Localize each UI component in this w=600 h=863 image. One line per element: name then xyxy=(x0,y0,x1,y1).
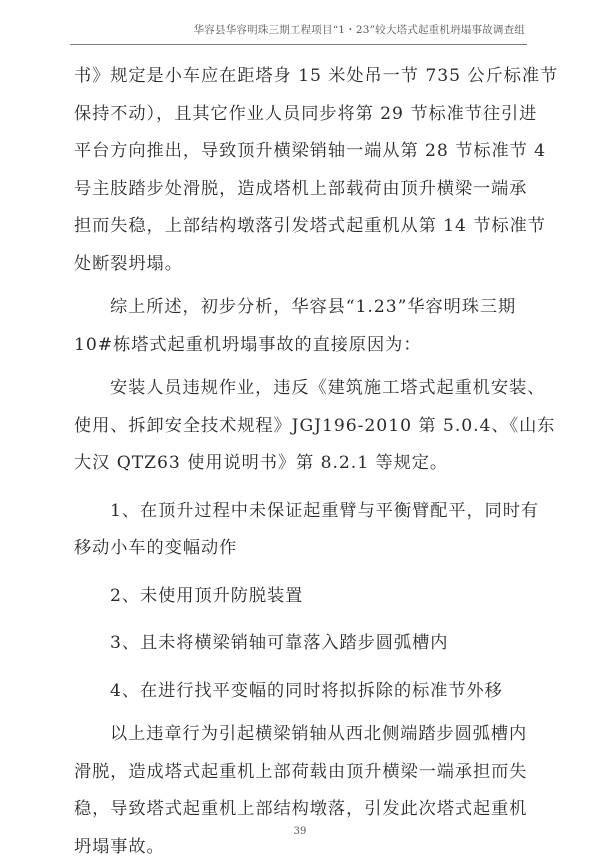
text-line: 以上违章行为引起横梁销轴从西北侧端踏步圆弧槽内 xyxy=(74,720,528,758)
text-line: 书》规定是小车应在距塔身 15 米处吊一节 735 公斤标准节 xyxy=(74,62,528,100)
text-line: 安装人员违规作业，违反《建筑施工塔式起重机安装、 xyxy=(74,374,528,412)
text-line: 处断裂坍塌。 xyxy=(74,250,528,288)
list-item: 1、在顶升过程中未保证起重臂与平衡臂配平，同时有 移动小车的变幅动作 xyxy=(74,497,528,572)
document-body: 书》规定是小车应在距塔身 15 米处吊一节 735 公斤标准节 保持不动），且其… xyxy=(74,62,528,863)
page-number: 39 xyxy=(0,826,600,837)
text-line: 10#栋塔式起重机坍塌事故的直接原因为： xyxy=(74,331,528,369)
text-line: 滑脱，造成塔式起重机上部荷载由顶升横梁一端承担而失 xyxy=(74,758,528,796)
list-item: 2、未使用顶升防脱装置 xyxy=(74,582,528,620)
text-line: 移动小车的变幅动作 xyxy=(74,534,528,572)
text-line: 2、未使用顶升防脱装置 xyxy=(74,582,528,620)
running-header: 华容县华容明珠三期工程项目“1・23”较大塔式起重机坍塌事故调查组 xyxy=(70,21,527,45)
text-line: 4、在进行找平变幅的同时将拟拆除的标准节外移 xyxy=(74,677,528,715)
text-line: 3、且未将横梁销轴可靠落入踏步圆弧槽内 xyxy=(74,629,528,667)
paragraph: 综上所述，初步分析，华容县“1.23”华容明珠三期 10#栋塔式起重机坍塌事故的… xyxy=(74,293,528,368)
list-item: 3、且未将横梁销轴可靠落入踏步圆弧槽内 xyxy=(74,629,528,667)
paragraph: 书》规定是小车应在距塔身 15 米处吊一节 735 公斤标准节 保持不动），且其… xyxy=(74,62,528,287)
paragraph: 安装人员违规作业，违反《建筑施工塔式起重机安装、 使用、拆卸安全技术规程》JGJ… xyxy=(74,374,528,487)
text-line: 保持不动），且其它作业人员同步将第 29 节标准节往引进 xyxy=(74,100,528,138)
text-line: 号主肢踏步处滑脱，造成塔机上部载荷由顶升横梁一端承 xyxy=(74,175,528,213)
text-line: 使用、拆卸安全技术规程》JGJ196-2010 第 5.0.4、《山东 xyxy=(74,412,528,450)
text-line: 大汉 QTZ63 使用说明书》第 8.2.1 等规定。 xyxy=(74,449,528,487)
text-line: 担而失稳，上部结构墩落引发塔式起重机从第 14 节标准节 xyxy=(74,212,528,250)
text-line: 坍塌事故。 xyxy=(74,833,528,863)
list-item: 4、在进行找平变幅的同时将拟拆除的标准节外移 xyxy=(74,677,528,715)
text-line: 1、在顶升过程中未保证起重臂与平衡臂配平，同时有 xyxy=(74,497,528,535)
text-line: 综上所述，初步分析，华容县“1.23”华容明珠三期 xyxy=(74,293,528,331)
header-title: 华容县华容明珠三期工程项目“1・23”较大塔式起重机坍塌事故调查组 xyxy=(194,22,525,37)
text-line: 平台方向推出，导致顶升横梁销轴一端从第 28 节标准节 4 xyxy=(74,137,528,175)
paragraph: 以上违章行为引起横梁销轴从西北侧端踏步圆弧槽内 滑脱，造成塔式起重机上部荷载由顶… xyxy=(74,720,528,863)
